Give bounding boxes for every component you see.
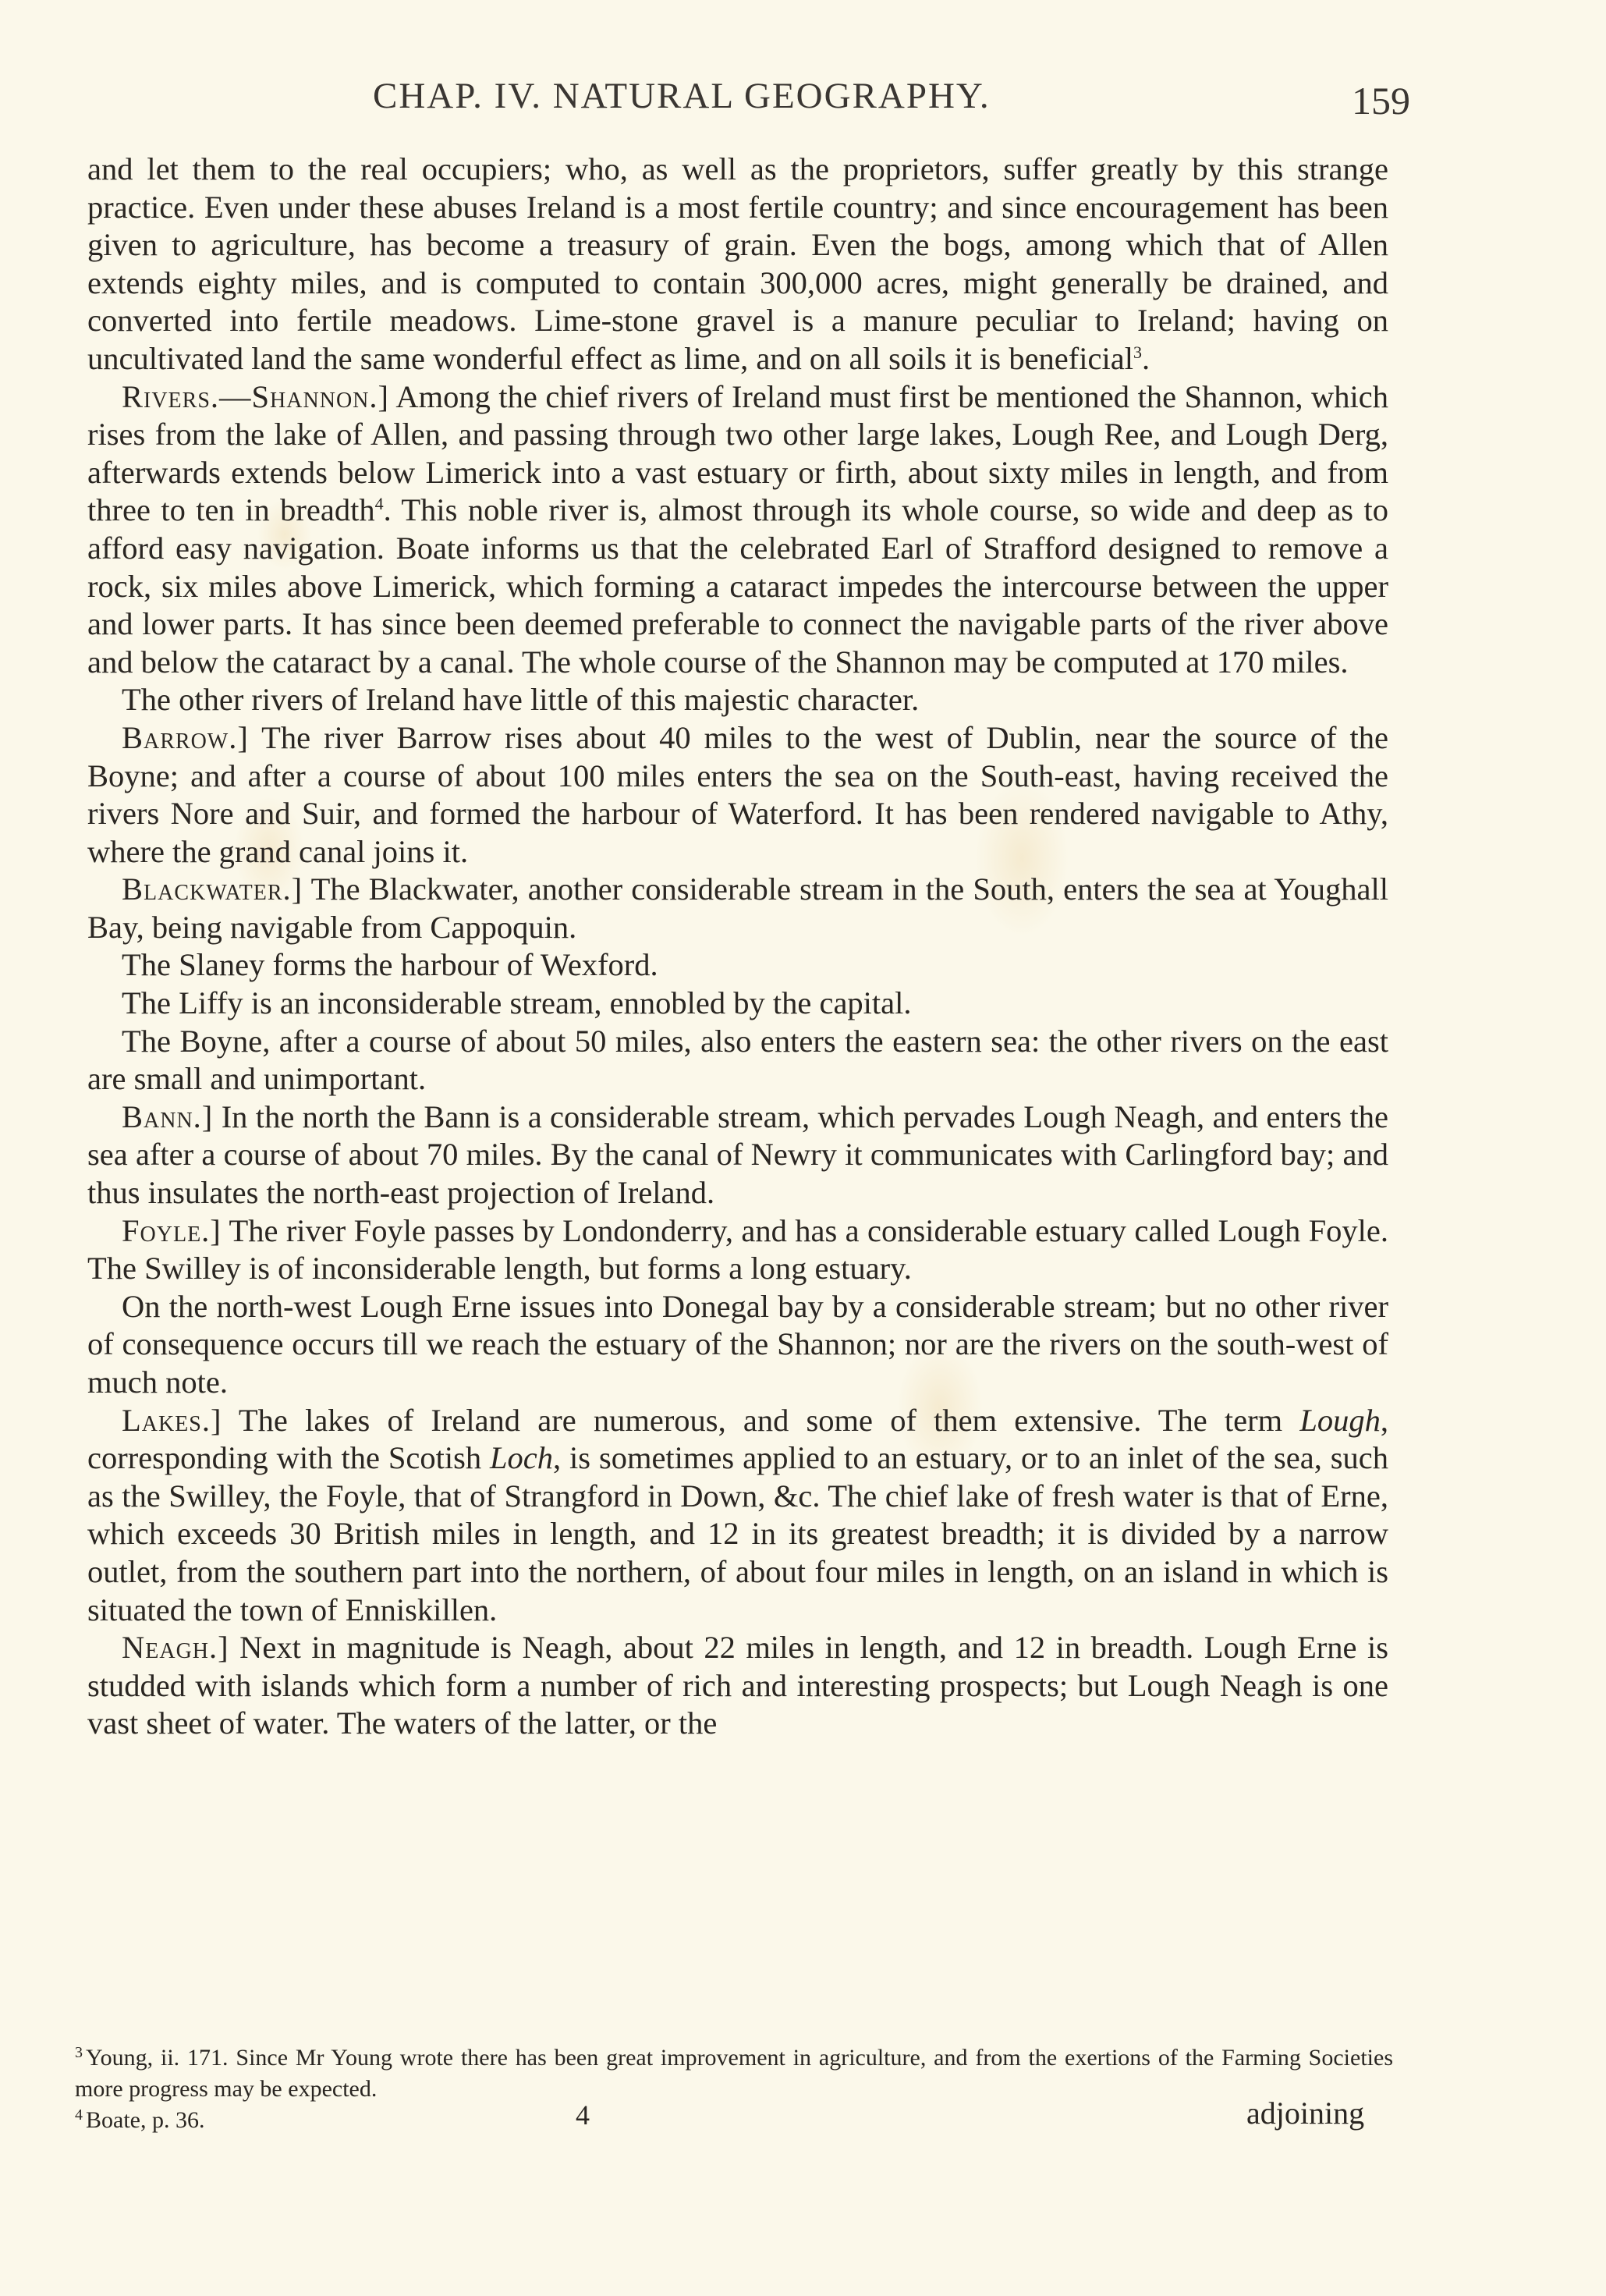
section-heading: Bann.] <box>122 1099 213 1134</box>
italic-term: Lough <box>1299 1403 1381 1438</box>
paragraph-rivers-shannon: Rivers.—Shannon.] Among the chief rivers… <box>87 378 1388 682</box>
paragraph-neagh: Neagh.] Next in magnitude is Neagh, abou… <box>87 1629 1388 1743</box>
section-heading: Rivers.—Shannon.] <box>122 379 389 414</box>
footnote: 3Young, ii. 171. Since Mr Young wrote th… <box>75 2042 1393 2105</box>
paragraph-barrow: Barrow.] The river Barrow rises about 40… <box>87 719 1388 871</box>
paragraph-bann: Bann.] In the north the Bann is a consid… <box>87 1098 1388 1212</box>
section-heading: Blackwater.] <box>122 871 303 907</box>
body-text: and let them to the real occupiers; who,… <box>87 151 1388 1743</box>
footnote-ref: 4 <box>375 494 384 513</box>
signature-mark: 4 <box>576 2099 590 2131</box>
footnote-ref: 3 <box>1133 342 1142 362</box>
section-heading: Foyle.] <box>122 1213 222 1248</box>
footnotes: 3Young, ii. 171. Since Mr Young wrote th… <box>75 2042 1393 2136</box>
catchword: adjoining <box>1246 2095 1364 2131</box>
section-heading: Lakes.] <box>122 1403 222 1438</box>
section-heading: Barrow.] <box>122 720 249 755</box>
paragraph-blackwater: Blackwater.] The Blackwater, another con… <box>87 871 1388 946</box>
paragraph-northwest: On the north-west Lough Erne issues into… <box>87 1288 1388 1402</box>
paragraph-continuation: and let them to the real occupiers; who,… <box>87 151 1388 378</box>
page-number: 159 <box>1352 78 1410 123</box>
paragraph-other-rivers: The other rivers of Ireland have little … <box>87 681 1388 719</box>
paragraph-liffy: The Liffy is an inconsiderable stream, e… <box>87 985 1388 1023</box>
italic-term: Loch <box>490 1440 553 1475</box>
paragraph-foyle: Foyle.] The river Foyle passes by London… <box>87 1212 1388 1288</box>
paragraph-slaney: The Slaney forms the harbour of Wexford. <box>87 946 1388 985</box>
section-heading: Neagh.] <box>122 1630 229 1665</box>
footnote-marker: 3 <box>75 2044 83 2061</box>
footnote: 4Boate, p. 36. <box>75 2105 1393 2136</box>
paragraph-lakes: Lakes.] The lakes of Ireland are numerou… <box>87 1402 1388 1630</box>
paragraph-boyne: The Boyne, after a course of about 50 mi… <box>87 1023 1388 1098</box>
running-head: CHAP. IV. NATURAL GEOGRAPHY. <box>373 75 991 117</box>
footnote-marker: 4 <box>75 2106 83 2124</box>
